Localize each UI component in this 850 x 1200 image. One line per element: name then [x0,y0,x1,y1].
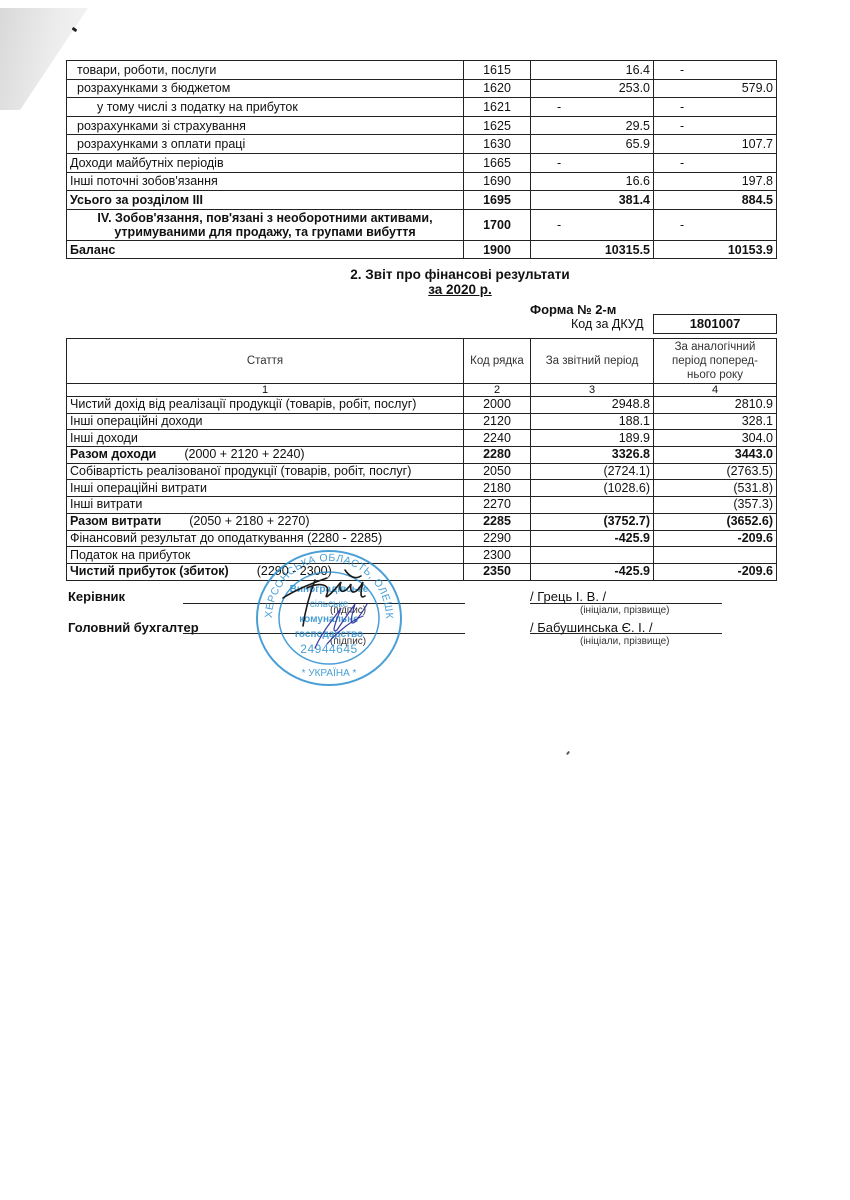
row-previous-value [654,547,777,564]
row-code: 1900 [464,240,531,259]
row-label-cell: Разом доходи(2000 + 2120 + 2240) [67,447,464,464]
row-label: Чистий прибуток (збиток) [70,564,229,578]
row-label: Інші доходи [70,431,138,445]
row-previous-value: (531.8) [654,480,777,497]
row-label: Разом витрати [70,514,161,528]
row-label: розрахунками з бюджетом [67,79,464,98]
row-code: 1695 [464,191,531,210]
row-code: 2280 [464,447,531,464]
row-code: 2290 [464,530,531,547]
header-previous: За аналогічний період поперед- нього рок… [654,339,777,384]
row-label-cell: Чистий дохід від реалізації продукції (т… [67,397,464,414]
row-code: 1621 [464,98,531,117]
row-previous-value: 197.8 [654,172,777,191]
row-current-value: 2948.8 [531,397,654,414]
scan-speck [72,27,78,32]
head-label: Керівник [68,589,125,604]
row-current-value: 16.4 [531,61,654,80]
table-row: Чистий прибуток (збиток)(2290 - 2300)235… [67,563,777,580]
row-label: Разом доходи [70,447,156,461]
row-previous-value: 884.5 [654,191,777,210]
row-label: Собівартість реалізованої продукції (тов… [70,464,411,478]
row-label-cell: Разом витрати(2050 + 2180 + 2270) [67,513,464,530]
row-code: 2120 [464,413,531,430]
row-current-value: - [531,153,654,172]
row-label: Інші операційні доходи [70,414,202,428]
row-label-cell: Інші операційні доходи [67,413,464,430]
row-code: 1690 [464,172,531,191]
row-previous-value: - [654,116,777,135]
scan-speck [566,751,570,755]
row-previous-value: 10153.9 [654,240,777,259]
accountant-name-caption: (ініціали, прізвище) [580,636,669,647]
row-label: розрахунками зі страхування [67,116,464,135]
row-label-cell: Собівартість реалізованої продукції (тов… [67,463,464,480]
column-number: 4 [654,384,777,397]
head-signature-line [183,603,465,604]
accountant-name-line [530,633,722,634]
column-number: 1 [67,384,464,397]
table-row: Інші операційні доходи2120188.1328.1 [67,413,777,430]
row-label: Фінансовий результат до оподаткування (2… [70,531,382,545]
table-row: Податок на прибуток2300 [67,547,777,564]
header-code: Код рядка [464,339,531,384]
row-previous-value: (357.3) [654,497,777,514]
row-label: Доходи майбутніх періодів [67,153,464,172]
dkud-code: 1801007 [653,314,777,334]
row-label-cell: Інші операційні витрати [67,480,464,497]
row-previous-value: -209.6 [654,563,777,580]
table-row: Інші операційні витрати2180(1028.6)(531.… [67,480,777,497]
row-label-cell: Чистий прибуток (збиток)(2290 - 2300) [67,563,464,580]
accountant-label: Головний бухгалтер [68,620,199,635]
column-number-row: 1 2 3 4 [67,384,777,397]
row-formula: (2290 - 2300) [229,564,332,578]
row-previous-value: 304.0 [654,430,777,447]
row-previous-value: 2810.9 [654,397,777,414]
row-code: 1620 [464,79,531,98]
table-header-row: Стаття Код рядка За звітний період За ан… [67,339,777,384]
table-row: Чистий дохід від реалізації продукції (т… [67,397,777,414]
row-code: 1665 [464,153,531,172]
table-row: Доходи майбутніх періодів1665-- [67,153,777,172]
table-row: розрахунками з бюджетом1620253.0579.0 [67,79,777,98]
row-current-value: 16.6 [531,172,654,191]
row-current-value: 188.1 [531,413,654,430]
row-current-value: 29.5 [531,116,654,135]
table-row: розрахунками зі страхування162529.5- [67,116,777,135]
row-previous-value: 3443.0 [654,447,777,464]
row-label: Інші поточні зобов'язання [67,172,464,191]
dkud-label: Код за ДКУД [571,317,644,331]
row-code: 1625 [464,116,531,135]
row-label: розрахунками з оплати праці [67,135,464,154]
row-current-value: -425.9 [531,563,654,580]
row-previous-value: (3652.6) [654,513,777,530]
table-row: IV. Зобов'язання, пов'язані з необоротни… [67,209,777,240]
table-row: Разом витрати(2050 + 2180 + 2270)2285(37… [67,513,777,530]
report-period: за 2020 р. [160,282,760,297]
row-code: 2050 [464,463,531,480]
table-row: Інші поточні зобов'язання169016.6197.8 [67,172,777,191]
header-current: За звітний період [531,339,654,384]
accountant-signature-line [183,633,465,634]
row-label: Усього за розділом III [67,191,464,210]
row-current-value [531,547,654,564]
row-previous-value: 107.7 [654,135,777,154]
accountant-signature-caption: (підпис) [330,636,366,647]
row-label: товари, роботи, послуги [67,61,464,80]
row-code: 2300 [464,547,531,564]
form-number: Форма № 2-м [530,302,616,317]
row-current-value: (2724.1) [531,463,654,480]
row-current-value: - [531,98,654,117]
header-article: Стаття [67,339,464,384]
row-formula: (2000 + 2120 + 2240) [156,447,304,461]
row-formula: (2050 + 2180 + 2270) [161,514,309,528]
row-code: 2240 [464,430,531,447]
row-current-value: (1028.6) [531,480,654,497]
row-code: 2180 [464,480,531,497]
row-previous-value: 579.0 [654,79,777,98]
row-label: Інші операційні витрати [70,481,207,495]
table-row: Разом доходи(2000 + 2120 + 2240)22803326… [67,447,777,464]
row-code: 2000 [464,397,531,414]
table-row: товари, роботи, послуги161516.4- [67,61,777,80]
section-4-label: IV. Зобов'язання, пов'язані з необоротни… [67,209,464,240]
row-label-cell: Інші витрати [67,497,464,514]
row-label-cell: Фінансовий результат до оподаткування (2… [67,530,464,547]
row-label: Інші витрати [70,497,142,511]
row-previous-value: 328.1 [654,413,777,430]
row-previous-value: -209.6 [654,530,777,547]
column-number: 3 [531,384,654,397]
head-signature-caption: (підпис) [330,605,366,616]
row-current-value: - [531,209,654,240]
column-number: 2 [464,384,531,397]
head-name-line [530,603,722,604]
row-current-value: (3752.7) [531,513,654,530]
row-label: Чистий дохід від реалізації продукції (т… [70,397,416,411]
row-code: 2285 [464,513,531,530]
row-previous-value: - [654,98,777,117]
row-current-value: 381.4 [531,191,654,210]
row-current-value: 253.0 [531,79,654,98]
row-previous-value: (2763.5) [654,463,777,480]
stamp-line-1: Виноградівське [290,584,369,595]
head-name-caption: (ініціали, прізвище) [580,605,669,616]
row-current-value: 65.9 [531,135,654,154]
row-label: у тому числі з податку на прибуток [67,98,464,117]
report-title: 2. Звіт про фінансові результати [160,267,760,282]
row-previous-value: - [654,61,777,80]
row-current-value: 10315.5 [531,240,654,259]
table-row: Інші доходи2240189.9304.0 [67,430,777,447]
row-current-value: 189.9 [531,430,654,447]
row-label-cell: Податок на прибуток [67,547,464,564]
row-code: 1700 [464,209,531,240]
row-label: Податок на прибуток [70,548,190,562]
row-previous-value: - [654,153,777,172]
table-row: Фінансовий результат до оподаткування (2… [67,530,777,547]
row-current-value [531,497,654,514]
head-name: / Грець І. В. / [530,589,606,604]
row-code: 1630 [464,135,531,154]
row-label: Баланс [67,240,464,259]
row-current-value: 3326.8 [531,447,654,464]
row-current-value: -425.9 [531,530,654,547]
row-code: 2270 [464,497,531,514]
table-row: у тому числі з податку на прибуток1621-- [67,98,777,117]
table-row-balance: Баланс190010315.510153.9 [67,240,777,259]
table-row: Інші витрати2270(357.3) [67,497,777,514]
financial-results-table: Стаття Код рядка За звітний період За ан… [66,338,777,581]
table-row: Собівартість реалізованої продукції (тов… [67,463,777,480]
row-code: 1615 [464,61,531,80]
table-row: Усього за розділом III1695381.4884.5 [67,191,777,210]
stamp-bottom-text: * УКРАЇНА * [302,667,357,679]
row-previous-value: - [654,209,777,240]
row-label-cell: Інші доходи [67,430,464,447]
balance-sheet-continuation-table: товари, роботи, послуги161516.4-розрахун… [66,60,777,259]
table-row: розрахунками з оплати праці163065.9107.7 [67,135,777,154]
row-code: 2350 [464,563,531,580]
